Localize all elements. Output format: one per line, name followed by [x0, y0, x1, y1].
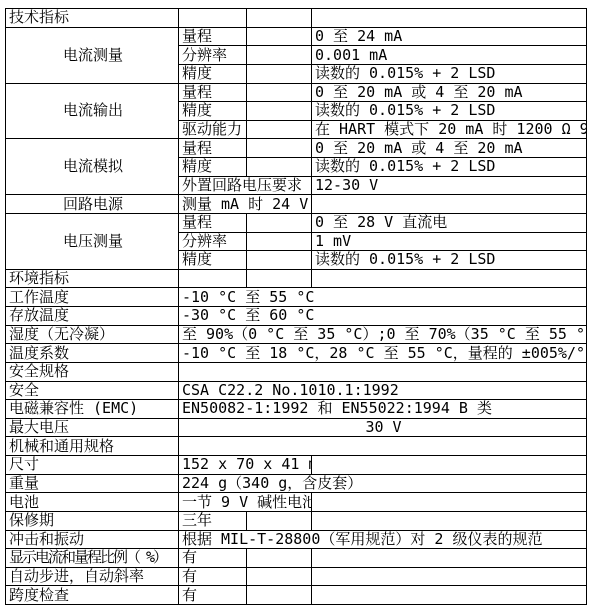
current-measure-resolution-value: 0.001 mA	[312, 46, 587, 65]
safety-value: CSA C22.2 No.1010.1:1992	[179, 381, 587, 400]
current-measure-group-label: 电流测量	[6, 27, 179, 83]
span-check-value: 有	[179, 586, 247, 605]
current-sim-accuracy-value: 读数的 0.015% + 2 LSD	[312, 158, 587, 177]
row-emc: 电磁兼容性 (EMC) EN50082-1:1992 和 EN55022:199…	[6, 400, 587, 419]
max-voltage-label: 最大电压	[6, 418, 179, 437]
empty-cell	[247, 567, 312, 586]
row-safety: 安全 CSA C22.2 No.1010.1:1992	[6, 381, 587, 400]
row-mechanical-header: 机械和通用规格	[6, 437, 587, 456]
row-voltage-measure-range: 电压测量 量程 0 至 28 V 直流电	[6, 213, 587, 232]
row-current-sim-range: 电流模拟 量程 0 至 20 mA 或 4 至 20 mA	[6, 139, 587, 158]
dimensions-label: 尺寸	[6, 456, 179, 475]
safety-label: 安全	[6, 381, 179, 400]
empty-cell	[312, 586, 587, 605]
row-current-measure-range: 电流测量 量程 0 至 24 mA	[6, 27, 587, 46]
auto-step-label: 自动步进，自动斜率	[6, 567, 179, 586]
empty-cell	[179, 362, 587, 381]
empty-cell	[312, 456, 587, 475]
empty-cell	[247, 139, 312, 158]
row-span-check: 跨度检查 有	[6, 586, 587, 605]
row-auto-step: 自动步进，自动斜率 有	[6, 567, 587, 586]
humidity-value: 至 90%（0 °C 至 35 °C）;0 至 70%（35 °C 至 55 °…	[179, 325, 587, 344]
row-dimensions: 尺寸 152 x 70 x 41 mm	[6, 456, 587, 475]
storage-temp-value: -30 °C 至 60 °C	[179, 307, 587, 326]
current-measure-range-label: 量程	[179, 27, 247, 46]
emc-label: 电磁兼容性 (EMC)	[6, 400, 179, 419]
dimensions-value: 152 x 70 x 41 mm	[179, 456, 312, 475]
empty-cell	[179, 9, 247, 28]
display-ratio-value: 有	[179, 549, 247, 568]
current-measure-accuracy-value: 读数的 0.015% + 2 LSD	[312, 64, 587, 83]
empty-cell	[247, 549, 312, 568]
warranty-label: 保修期	[6, 511, 179, 530]
current-output-drive-label: 驱动能力	[179, 120, 247, 139]
row-display-ratio: 显示电流和量程比例（ %） 有	[6, 549, 587, 568]
empty-cell	[312, 511, 587, 530]
empty-cell	[312, 195, 587, 214]
voltage-measure-resolution-label: 分辨率	[179, 232, 247, 251]
empty-cell	[247, 120, 312, 139]
emc-value: EN50082-1:1992 和 EN55022:1994 B 类	[179, 400, 587, 419]
current-output-range-label: 量程	[179, 83, 247, 102]
row-operating-temp: 工作温度 -10 °C 至 55 °C	[6, 288, 587, 307]
current-output-drive-value: 在 HART 模式下 20 mA 时 1200 Ω 950 Ω	[312, 120, 587, 139]
environment-header-title: 环境指标	[6, 269, 179, 288]
current-sim-range-label: 量程	[179, 139, 247, 158]
voltage-measure-accuracy-label: 精度	[179, 251, 247, 270]
voltage-measure-range-value: 0 至 28 V 直流电	[312, 213, 587, 232]
empty-cell	[247, 269, 312, 288]
row-warranty: 保修期 三年	[6, 511, 587, 530]
row-environment-header: 环境指标	[6, 269, 587, 288]
row-humidity: 湿度（无冷凝） 至 90%（0 °C 至 35 °C）;0 至 70%（35 °…	[6, 325, 587, 344]
empty-cell	[179, 269, 247, 288]
warranty-value: 三年	[179, 511, 247, 530]
empty-cell	[247, 9, 312, 28]
display-ratio-label: 显示电流和量程比例（ %）	[6, 549, 179, 568]
row-tech-header: 技术指标	[6, 9, 587, 28]
shock-vibration-label: 冲击和振动	[6, 530, 179, 549]
current-output-range-value: 0 至 20 mA 或 4 至 20 mA	[312, 83, 587, 102]
current-measure-range-value: 0 至 24 mA	[312, 27, 587, 46]
empty-cell	[312, 567, 587, 586]
empty-cell	[312, 549, 587, 568]
shock-vibration-value: 根据 MIL-T-28800（军用规范）对 2 级仪表的规范	[179, 530, 587, 549]
humidity-label: 湿度（无冷凝）	[6, 325, 179, 344]
current-sim-group-label: 电流模拟	[6, 139, 179, 195]
row-max-voltage: 最大电压 30 V	[6, 418, 587, 437]
empty-cell	[247, 251, 312, 270]
row-loop-power: 回路电源 测量 mA 时 24 V	[6, 195, 587, 214]
voltage-measure-group-label: 电压测量	[6, 213, 179, 269]
span-check-label: 跨度检查	[6, 586, 179, 605]
mechanical-header-title: 机械和通用规格	[6, 437, 179, 456]
empty-cell	[247, 46, 312, 65]
temp-coefficient-label: 温度系数	[6, 344, 179, 363]
empty-cell	[312, 493, 587, 512]
empty-cell	[312, 9, 587, 28]
weight-label: 重量	[6, 474, 179, 493]
empty-cell	[247, 213, 312, 232]
row-current-output-range: 电流输出 量程 0 至 20 mA 或 4 至 20 mA	[6, 83, 587, 102]
current-sim-accuracy-label: 精度	[179, 158, 247, 177]
battery-label: 电池	[6, 493, 179, 512]
row-shock-vibration: 冲击和振动 根据 MIL-T-28800（军用规范）对 2 级仪表的规范	[6, 530, 587, 549]
current-sim-range-value: 0 至 20 mA 或 4 至 20 mA	[312, 139, 587, 158]
operating-temp-value: -10 °C 至 55 °C	[179, 288, 587, 307]
current-output-group-label: 电流输出	[6, 83, 179, 139]
temp-coefficient-value: -10 °C 至 18 °C，28 °C 至 55 °C，量程的 ±005%/°…	[179, 344, 587, 363]
empty-cell	[247, 232, 312, 251]
auto-step-value: 有	[179, 567, 247, 586]
row-storage-temp: 存放温度 -30 °C 至 60 °C	[6, 307, 587, 326]
current-sim-loop-voltage-label: 外置回路电压要求	[179, 176, 312, 195]
empty-cell	[247, 102, 312, 121]
loop-power-label: 回路电源	[6, 195, 179, 214]
battery-value: 一节 9 V 碱性电池	[179, 493, 312, 512]
current-output-accuracy-label: 精度	[179, 102, 247, 121]
empty-cell	[312, 269, 587, 288]
current-output-accuracy-value: 读数的 0.015% + 2 LSD	[312, 102, 587, 121]
voltage-measure-resolution-value: 1 mV	[312, 232, 587, 251]
empty-cell	[247, 158, 312, 177]
empty-cell	[247, 64, 312, 83]
operating-temp-label: 工作温度	[6, 288, 179, 307]
tech-header-title: 技术指标	[6, 9, 179, 28]
empty-cell	[247, 511, 312, 530]
voltage-measure-range-label: 量程	[179, 213, 247, 232]
safety-header-title: 安全规格	[6, 362, 179, 381]
spec-table: 技术指标 电流测量 量程 0 至 24 mA 分辨率 0.001 mA 精度 读…	[5, 8, 587, 605]
empty-cell	[179, 437, 587, 456]
current-measure-accuracy-label: 精度	[179, 64, 247, 83]
empty-cell	[247, 83, 312, 102]
current-sim-loop-voltage-value: 12-30 V	[312, 176, 587, 195]
storage-temp-label: 存放温度	[6, 307, 179, 326]
max-voltage-value: 30 V	[179, 418, 587, 437]
loop-power-value: 测量 mA 时 24 V	[179, 195, 312, 214]
row-weight: 重量 224 g（340 g，含皮套）	[6, 474, 587, 493]
weight-value: 224 g（340 g，含皮套）	[179, 474, 587, 493]
empty-cell	[247, 586, 312, 605]
row-battery: 电池 一节 9 V 碱性电池	[6, 493, 587, 512]
row-safety-header: 安全规格	[6, 362, 587, 381]
row-temp-coefficient: 温度系数 -10 °C 至 18 °C，28 °C 至 55 °C，量程的 ±0…	[6, 344, 587, 363]
current-measure-resolution-label: 分辨率	[179, 46, 247, 65]
empty-cell	[247, 27, 312, 46]
voltage-measure-accuracy-value: 读数的 0.015% + 2 LSD	[312, 251, 587, 270]
